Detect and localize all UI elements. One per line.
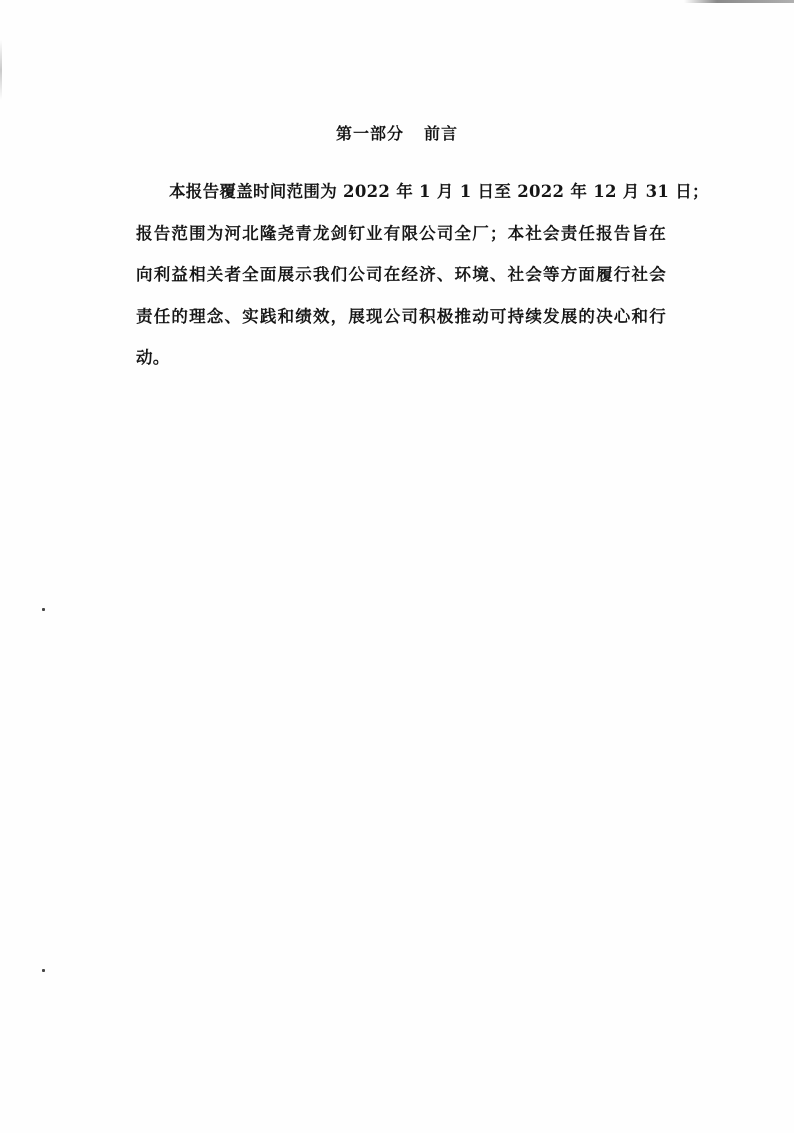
paragraph-line: 责任的理念、实践和绩效，展现公司积极推动可持续发展的决心和行	[136, 296, 666, 338]
paragraph-line: 向利益相关者全面展示我们公司在经济、环境、社会等方面履行社会	[136, 254, 666, 296]
preface-paragraph: 本报告覆盖时间范围为 2022 年 1 月 1 日至 2022 年 12 月 3…	[136, 171, 666, 379]
scan-edge-mark	[0, 40, 2, 100]
section-part-label: 第一部分	[336, 124, 404, 143]
scan-edge-shadow	[684, 0, 794, 3]
section-heading: 第一部分前言	[0, 121, 794, 144]
binding-hole-mark	[42, 969, 45, 972]
binding-hole-mark	[42, 608, 45, 611]
scanned-document-page: 第一部分前言 本报告覆盖时间范围为 2022 年 1 月 1 日至 2022 年…	[0, 0, 794, 1133]
paragraph-line: 动。	[136, 337, 666, 379]
paragraph-line: 本报告覆盖时间范围为 2022 年 1 月 1 日至 2022 年 12 月 3…	[136, 171, 666, 213]
paragraph-line: 报告范围为河北隆尧青龙剑钉业有限公司全厂；本社会责任报告旨在	[136, 213, 666, 255]
section-title: 前言	[424, 124, 458, 143]
